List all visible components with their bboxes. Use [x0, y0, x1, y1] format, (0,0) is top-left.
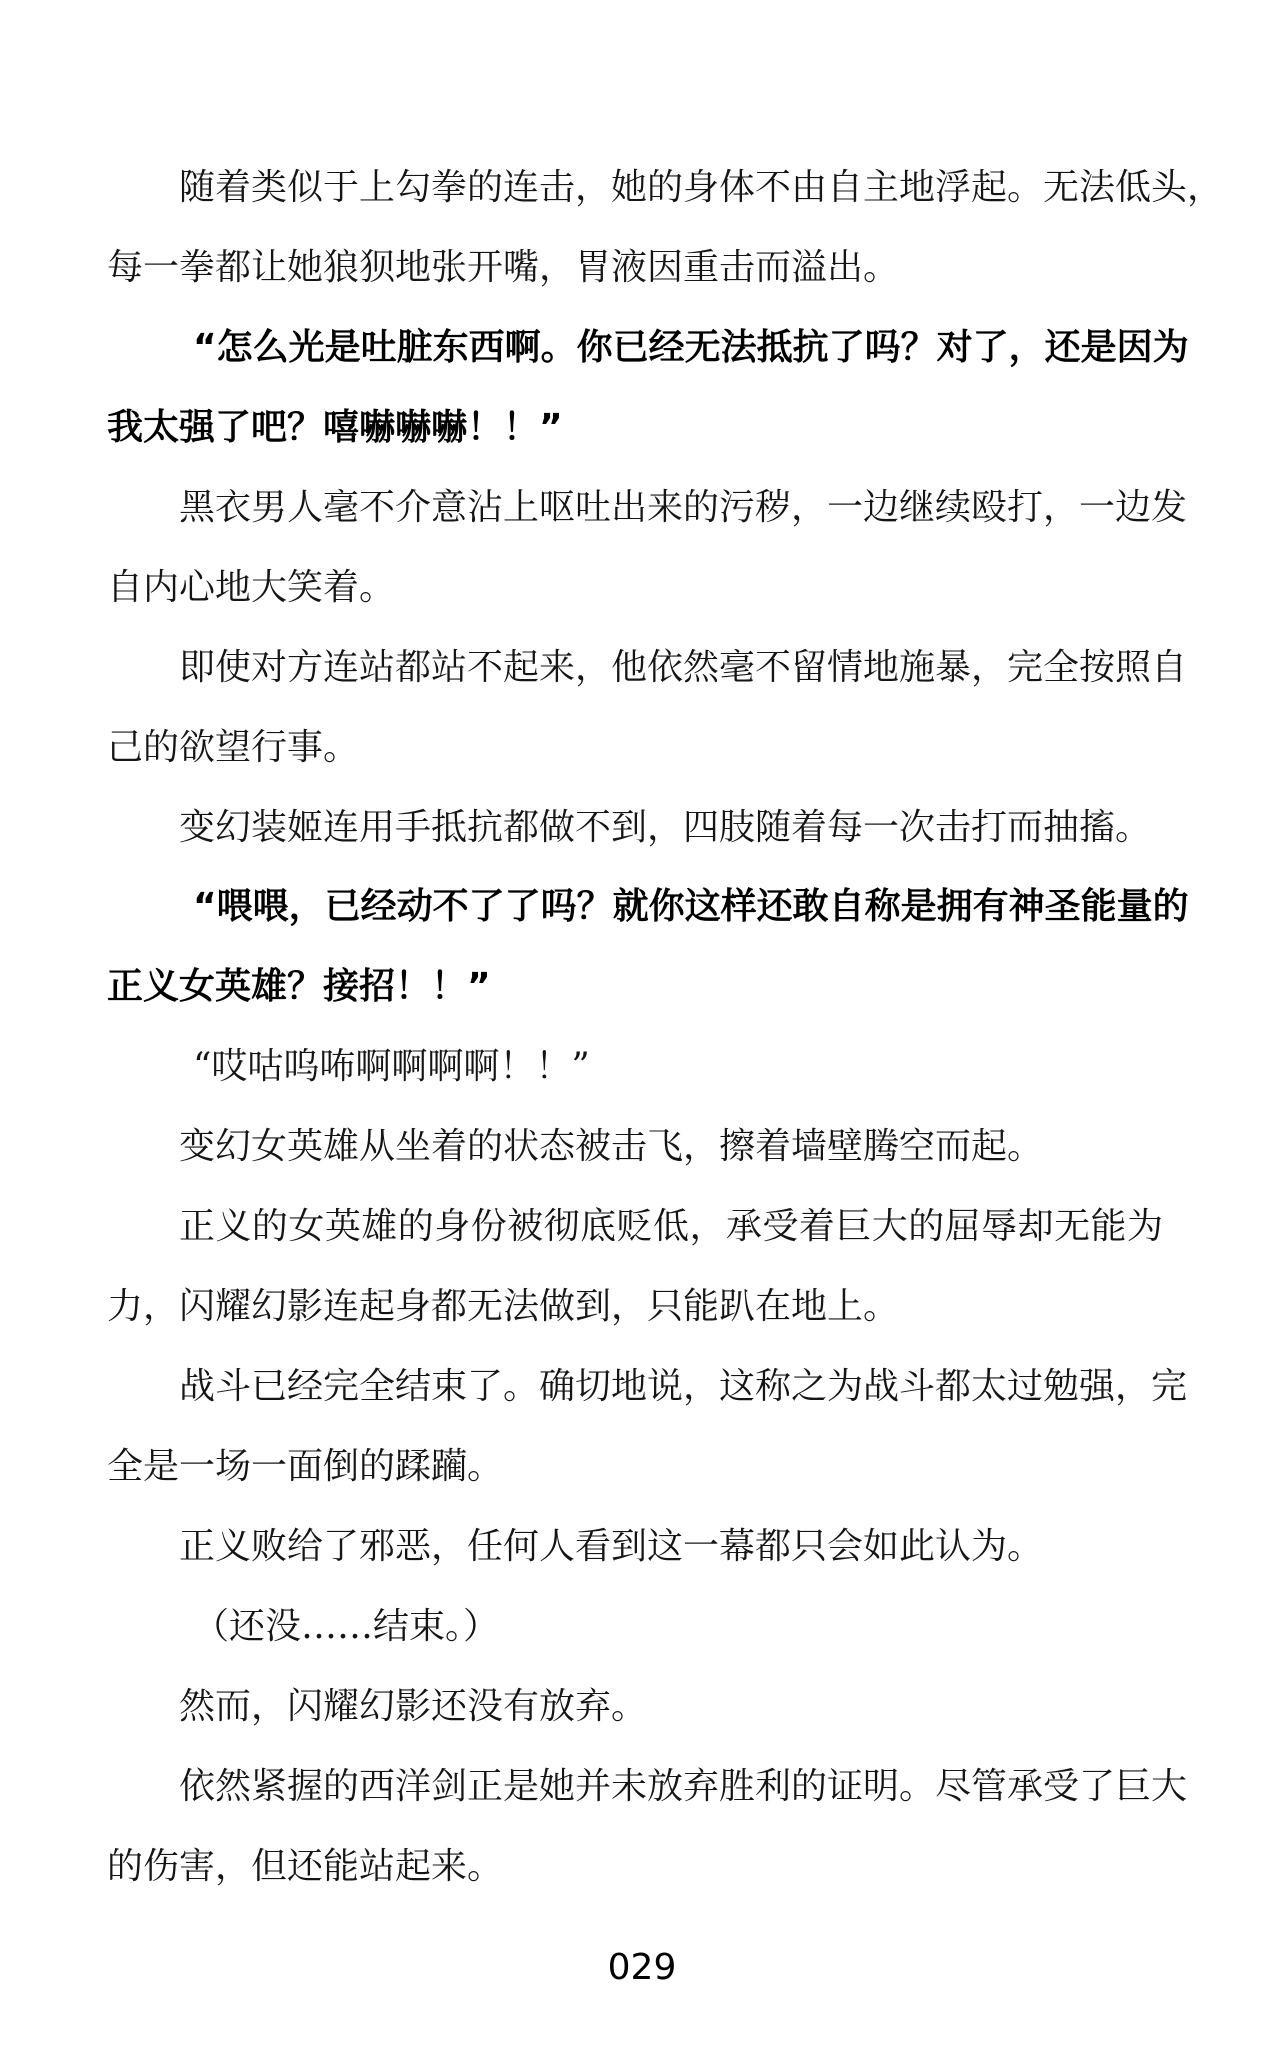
page-number: 029	[0, 1946, 1264, 1990]
paragraph-line: 战斗已经完全结束了。确切地说，这称之为战斗都太过勉强，完	[107, 1347, 1163, 1427]
dialogue-line: 我太强了吧？嘻嚇嚇嚇！！”	[107, 388, 1163, 468]
paragraph-line: 正义败给了邪恶，任何人看到这一幕都只会如此认为。	[107, 1507, 1163, 1587]
dialogue-line: “哎咕呜咘啊啊啊啊！！”	[107, 1027, 1163, 1107]
paragraph-line: 然而，闪耀幻影还没有放弃。	[107, 1667, 1163, 1747]
paragraph-line: 依然紧握的西洋剑正是她并未放弃胜利的证明。尽管承受了巨大	[107, 1747, 1163, 1827]
paragraph-line: 每一拳都让她狼狈地张开嘴，胃液因重击而溢出。	[107, 228, 1163, 308]
paragraph-line: 黑衣男人毫不介意沾上呕吐出来的污秽，一边继续殴打，一边发	[107, 468, 1163, 548]
dialogue-line: “喂喂，已经动不了了吗？就你这样还敢自称是拥有神圣能量的	[107, 867, 1163, 947]
paragraph-line: 全是一场一面倒的蹂躏。	[107, 1427, 1163, 1507]
dialogue-line: “怎么光是吐脏东西啊。你已经无法抵抗了吗？对了，还是因为	[107, 308, 1163, 388]
paragraph-line: 的伤害，但还能站起来。	[107, 1827, 1163, 1907]
book-page: 随着类似于上勾拳的连击，她的身体不由自主地浮起。无法低头， 每一拳都让她狼狈地张…	[0, 0, 1264, 2067]
paragraph-line: 力，闪耀幻影连起身都无法做到，只能趴在地上。	[107, 1267, 1163, 1347]
paragraph-line: 即使对方连站都站不起来，他依然毫不留情地施暴，完全按照自	[107, 628, 1163, 708]
thought-line: （还没……结束。）	[107, 1587, 1163, 1667]
dialogue-line: 正义女英雄？接招！！”	[107, 947, 1163, 1027]
paragraph-line: 自内心地大笑着。	[107, 548, 1163, 628]
paragraph-line: 正义的女英雄的身份被彻底贬低，承受着巨大的屈辱却无能为	[107, 1187, 1163, 1267]
paragraph-line: 变幻装姬连用手抵抗都做不到，四肢随着每一次击打而抽搐。	[107, 788, 1163, 868]
body-text: 随着类似于上勾拳的连击，她的身体不由自主地浮起。无法低头， 每一拳都让她狼狈地张…	[107, 148, 1163, 1907]
paragraph-line: 己的欲望行事。	[107, 708, 1163, 788]
paragraph-line: 变幻女英雄从坐着的状态被击飞，擦着墙壁腾空而起。	[107, 1107, 1163, 1187]
paragraph-line: 随着类似于上勾拳的连击，她的身体不由自主地浮起。无法低头，	[107, 148, 1163, 228]
